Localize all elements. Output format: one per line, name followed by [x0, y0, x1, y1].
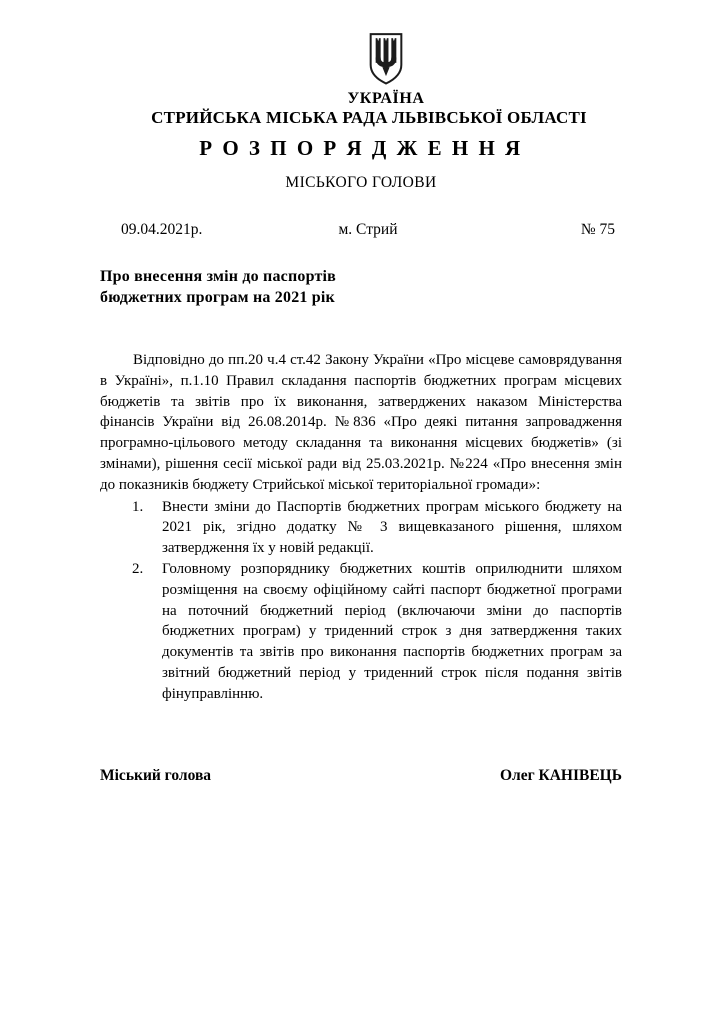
country-name: УКРАЇНА — [125, 90, 647, 108]
signatory-name: Олег КАНІВЕЦЬ — [500, 767, 622, 785]
intro-paragraph: Відповідно до пп.20 ч.4 ст.42 Закону Укр… — [100, 350, 622, 496]
subject-line-1: Про внесення змін до паспортів — [100, 266, 622, 287]
document-type-title: Р О З П О Р Я Д Ж Е Н Н Я — [100, 136, 622, 161]
ordered-list: 1. Внести зміни до Паспортів бюджетних п… — [100, 497, 622, 705]
list-item-1-number: 1. — [132, 497, 162, 559]
document-number: № 75 — [450, 221, 622, 239]
issuer-subtitle: МІСЬКОГО ГОЛОВИ — [100, 174, 622, 192]
ukraine-trident-emblem-icon — [125, 32, 647, 87]
list-item-1-text: Внести зміни до Паспортів бюджетних прог… — [162, 497, 622, 559]
document-page: УКРАЇНА СТРИЙСЬКА МІСЬКА РАДА ЛЬВІВСЬКОЇ… — [0, 0, 724, 1024]
list-item-2: 2. Головному розпоряднику бюджетних кошт… — [100, 559, 622, 705]
subject-line-2: бюджетних програм на 2021 рік — [100, 287, 622, 308]
list-item-2-text: Головному розпоряднику бюджетних коштів … — [162, 559, 622, 705]
signature-row: Міський голова Олег КАНІВЕЦЬ — [100, 767, 622, 785]
document-subject: Про внесення змін до паспортів бюджетних… — [100, 266, 622, 308]
list-item-2-number: 2. — [132, 559, 162, 705]
document-date: 09.04.2021р. — [100, 221, 286, 239]
list-item-1: 1. Внести зміни до Паспортів бюджетних п… — [100, 497, 622, 559]
issuing-authority-name: СТРИЙСЬКА МІСЬКА РАДА ЛЬВІВСЬКОЇ ОБЛАСТІ — [108, 108, 630, 128]
signatory-title: Міський голова — [100, 767, 211, 785]
document-header: УКРАЇНА СТРИЙСЬКА МІСЬКА РАДА ЛЬВІВСЬКОЇ… — [100, 32, 622, 192]
document-city: м. Стрий — [286, 221, 451, 239]
document-meta-row: 09.04.2021р. м. Стрий № 75 — [100, 221, 622, 239]
